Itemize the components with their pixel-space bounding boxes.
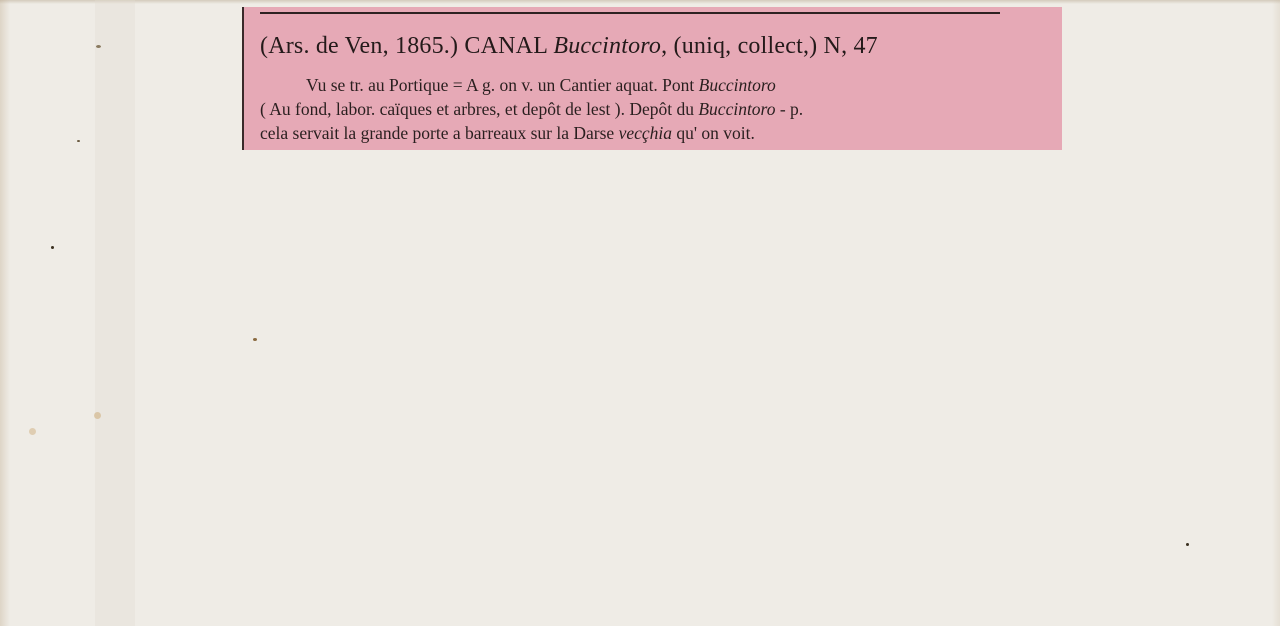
heading-prefix: (Ars. de Ven, 1865.) CANAL bbox=[260, 33, 553, 59]
paper-speck bbox=[51, 246, 54, 249]
heading-italic-title: Buccintoro bbox=[553, 33, 661, 59]
paper-speck bbox=[96, 45, 101, 48]
italic-text: vecçhia bbox=[619, 123, 672, 143]
label-heading: (Ars. de Ven, 1865.) CANAL Buccintoro, (… bbox=[260, 33, 878, 60]
paper-speck bbox=[1186, 543, 1189, 546]
italic-text: Buccintoro bbox=[698, 99, 775, 119]
paper-speck bbox=[77, 140, 80, 142]
text: qu' on voit. bbox=[672, 123, 755, 143]
paper-speck bbox=[29, 428, 36, 435]
caption-label: (Ars. de Ven, 1865.) CANAL Buccintoro, (… bbox=[242, 7, 1062, 150]
text: ( Au fond, labor. caïques et arbres, et … bbox=[260, 99, 698, 119]
paper-speck bbox=[253, 338, 257, 341]
photo-card-back: (Ars. de Ven, 1865.) CANAL Buccintoro, (… bbox=[0, 0, 1280, 626]
heading-suffix: , (uniq, collect,) N, 47 bbox=[661, 33, 878, 59]
description-line-2: ( Au fond, labor. caïques et arbres, et … bbox=[260, 97, 1000, 121]
paper-speck bbox=[94, 412, 101, 419]
label-description: Vu se tr. au Portique = A g. on v. un Ca… bbox=[260, 73, 1000, 145]
text: - p. bbox=[775, 99, 803, 119]
italic-text: Buccintoro bbox=[699, 75, 776, 95]
label-top-rule bbox=[260, 12, 1000, 14]
text: Vu se tr. au Portique = A g. on v. un Ca… bbox=[306, 75, 699, 95]
description-line-1: Vu se tr. au Portique = A g. on v. un Ca… bbox=[260, 73, 1000, 97]
text: cela servait la grande porte a barreaux … bbox=[260, 123, 619, 143]
paper-shade-band bbox=[95, 0, 135, 626]
description-line-3: cela servait la grande porte a barreaux … bbox=[260, 121, 1000, 145]
